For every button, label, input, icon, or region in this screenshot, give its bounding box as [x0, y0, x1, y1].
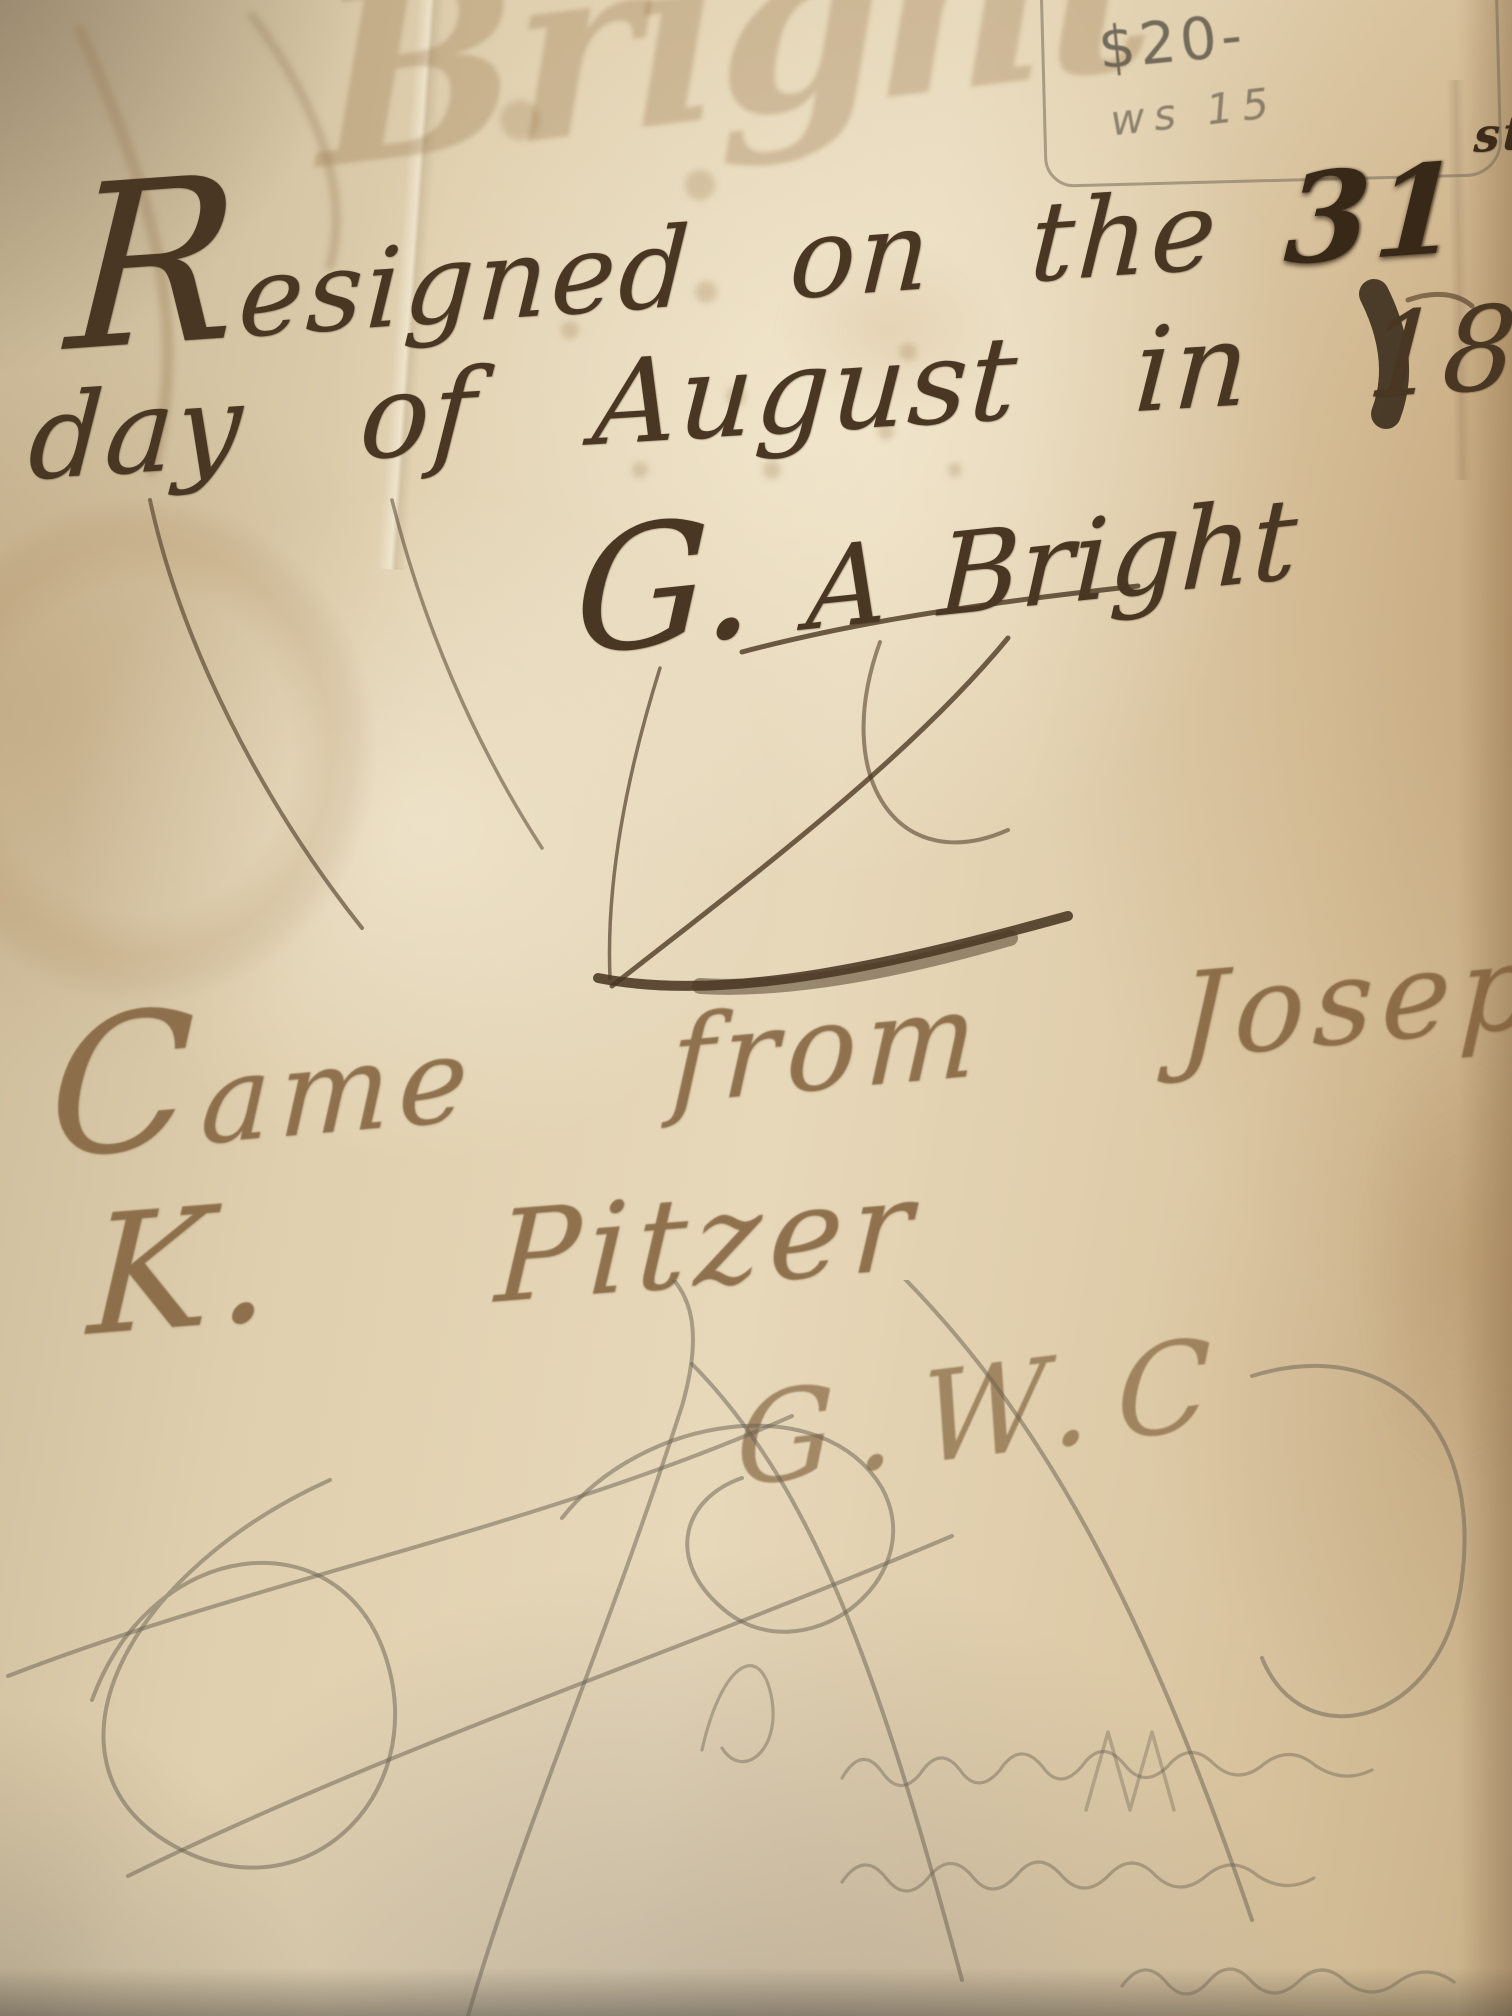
ordinal-suffix: st [1473, 107, 1512, 162]
day-number: 31 [1281, 135, 1466, 293]
pencil-scribble-overlay [0, 1280, 1512, 2016]
manuscript-photo: Bright $20- ws 15 Resigned on the31st da… [0, 0, 1512, 2016]
